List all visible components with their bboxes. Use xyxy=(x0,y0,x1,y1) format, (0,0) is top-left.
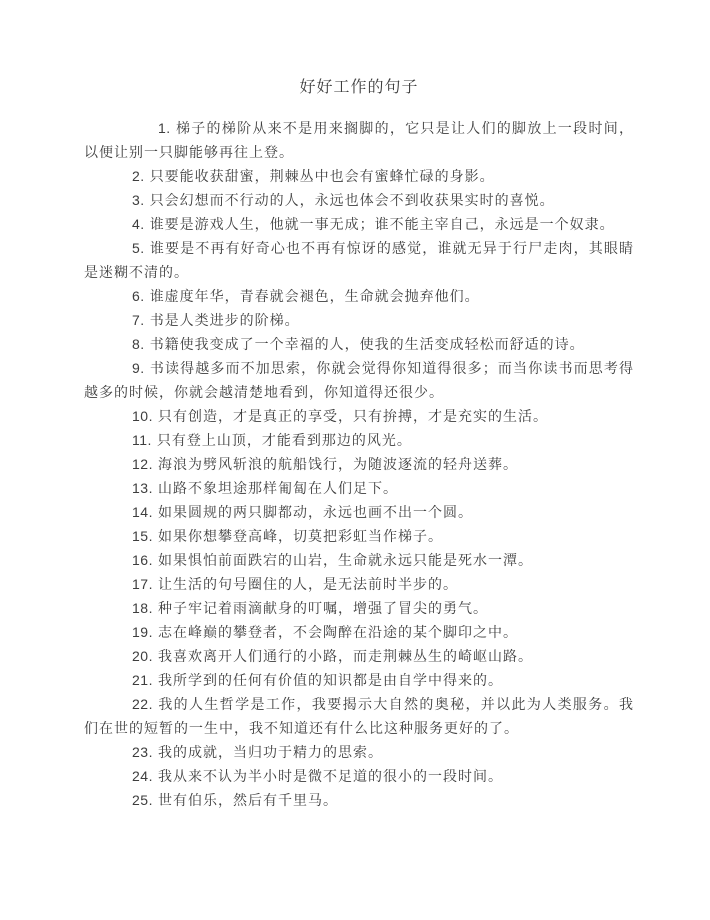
sentence-text: 山路不象坦途那样匍匐在人们足下。 xyxy=(158,480,398,496)
sentence-text: 谁虚度年华，青春就会褪色，生命就会抛弃他们。 xyxy=(150,288,480,304)
sentence-text: 志在峰巅的攀登者，不会陶醉在沿途的某个脚印之中。 xyxy=(158,624,518,640)
sentence-item: 9.书读得越多而不加思索，你就会觉得你知道得很多；而当你读书而思考得越多的时候，… xyxy=(84,356,634,404)
sentence-number: 5. xyxy=(132,240,145,256)
sentence-item: 5.谁要是不再有好奇心也不再有惊讶的感觉，谁就无异于行尸走肉，其眼睛是迷糊不清的… xyxy=(84,236,634,284)
sentence-text: 只有创造，才是真正的享受，只有拚搏，才是充实的生活。 xyxy=(158,408,548,424)
sentence-number: 12. xyxy=(132,456,153,472)
sentence-item: 15.如果你想攀登高峰，切莫把彩虹当作梯子。 xyxy=(84,524,634,548)
sentence-item: 23.我的成就，当归功于精力的思索。 xyxy=(84,740,634,764)
sentence-text: 我从来不认为半小时是微不足道的很小的一段时间。 xyxy=(158,768,503,784)
sentence-item: 22.我的人生哲学是工作，我要揭示大自然的奥秘，并以此为人类服务。我们在世的短暂… xyxy=(84,692,634,740)
sentence-item: 16.如果惧怕前面跌宕的山岩，生命就永远只能是死水一潭。 xyxy=(84,548,634,572)
sentence-number: 22. xyxy=(132,696,153,712)
sentence-number: 9. xyxy=(132,360,145,376)
sentence-number: 1. xyxy=(158,120,171,136)
sentence-item: 25.世有伯乐，然后有千里马。 xyxy=(84,788,634,812)
sentence-item: 7.书是人类进步的阶梯。 xyxy=(84,308,634,332)
document-content: 好好工作的句子 1.梯子的梯阶从来不是用来搁脚的，它只是让人们的脚放上一段时间，… xyxy=(0,0,710,812)
sentence-number: 17. xyxy=(132,576,153,592)
sentence-number: 13. xyxy=(132,480,153,496)
sentence-text: 如果你想攀登高峰，切莫把彩虹当作梯子。 xyxy=(158,528,443,544)
sentence-item: 3.只会幻想而不行动的人，永远也体会不到收获果实时的喜悦。 xyxy=(84,188,634,212)
sentence-list: 1.梯子的梯阶从来不是用来搁脚的，它只是让人们的脚放上一段时间，以便让别一只脚能… xyxy=(84,116,634,812)
sentence-item: 21.我所学到的任何有价值的知识都是由自学中得来的。 xyxy=(84,668,634,692)
sentence-item: 20.我喜欢离开人们通行的小路，而走荆棘丛生的崎岖山路。 xyxy=(84,644,634,668)
sentence-number: 6. xyxy=(132,288,145,304)
sentence-number: 11. xyxy=(132,432,152,448)
sentence-text: 如果惧怕前面跌宕的山岩，生命就永远只能是死水一潭。 xyxy=(158,552,533,568)
sentence-number: 21. xyxy=(132,672,153,688)
sentence-number: 16. xyxy=(132,552,153,568)
sentence-text: 书读得越多而不加思索，你就会觉得你知道得很多；而当你读书而思考得越多的时候，你就… xyxy=(84,360,634,400)
sentence-number: 25. xyxy=(132,792,153,808)
sentence-number: 3. xyxy=(132,192,145,208)
sentence-number: 19. xyxy=(132,624,153,640)
sentence-item: 6.谁虚度年华，青春就会褪色，生命就会抛弃他们。 xyxy=(84,284,634,308)
sentence-number: 14. xyxy=(132,504,153,520)
sentence-number: 24. xyxy=(132,768,153,784)
sentence-item: 13.山路不象坦途那样匍匐在人们足下。 xyxy=(84,476,634,500)
sentence-item: 17.让生活的句号圈住的人，是无法前时半步的。 xyxy=(84,572,634,596)
sentence-number: 18. xyxy=(132,600,153,616)
sentence-text: 谁要是游戏人生，他就一事无成；谁不能主宰自己，永远是一个奴隶。 xyxy=(150,216,615,232)
sentence-text: 我所学到的任何有价值的知识都是由自学中得来的。 xyxy=(158,672,503,688)
document-title: 好好工作的句子 xyxy=(84,76,634,100)
sentence-item: 1.梯子的梯阶从来不是用来搁脚的，它只是让人们的脚放上一段时间，以便让别一只脚能… xyxy=(84,116,634,164)
sentence-item: 18.种子牢记着雨滴献身的叮嘱，增强了冒尖的勇气。 xyxy=(84,596,634,620)
sentence-item: 10.只有创造，才是真正的享受，只有拚搏，才是充实的生活。 xyxy=(84,404,634,428)
sentence-item: 11.只有登上山顶，才能看到那边的风光。 xyxy=(84,428,634,452)
sentence-text: 我的人生哲学是工作，我要揭示大自然的奥秘，并以此为人类服务。我们在世的短暂的一生… xyxy=(84,696,634,736)
sentence-item: 24.我从来不认为半小时是微不足道的很小的一段时间。 xyxy=(84,764,634,788)
sentence-text: 书籍使我变成了一个幸福的人，使我的生活变成轻松而舒适的诗。 xyxy=(150,336,585,352)
sentence-text: 如果圆规的两只脚都动，永远也画不出一个圆。 xyxy=(158,504,473,520)
sentence-text: 谁要是不再有好奇心也不再有惊讶的感觉，谁就无异于行尸走肉，其眼睛是迷糊不清的。 xyxy=(84,240,634,280)
document-page: 好好工作的句子 1.梯子的梯阶从来不是用来搁脚的，它只是让人们的脚放上一段时间，… xyxy=(0,0,710,920)
sentence-number: 20. xyxy=(132,648,153,664)
sentence-number: 15. xyxy=(132,528,153,544)
sentence-text: 只有登上山顶，才能看到那边的风光。 xyxy=(157,432,412,448)
sentence-number: 8. xyxy=(132,336,145,352)
sentence-text: 书是人类进步的阶梯。 xyxy=(150,312,300,328)
sentence-text: 只会幻想而不行动的人，永远也体会不到收获果实时的喜悦。 xyxy=(150,192,555,208)
sentence-number: 2. xyxy=(132,168,145,184)
sentence-text: 种子牢记着雨滴献身的叮嘱，增强了冒尖的勇气。 xyxy=(158,600,488,616)
sentence-item: 4.谁要是游戏人生，他就一事无成；谁不能主宰自己，永远是一个奴隶。 xyxy=(84,212,634,236)
sentence-number: 23. xyxy=(132,744,153,760)
sentence-item: 12.海浪为劈风斩浪的航船饯行，为随波逐流的轻舟送葬。 xyxy=(84,452,634,476)
sentence-item: 8.书籍使我变成了一个幸福的人，使我的生活变成轻松而舒适的诗。 xyxy=(84,332,634,356)
sentence-text: 只要能收获甜蜜，荆棘丛中也会有蜜蜂忙碌的身影。 xyxy=(150,168,495,184)
sentence-text: 世有伯乐，然后有千里马。 xyxy=(158,792,338,808)
sentence-item: 19.志在峰巅的攀登者，不会陶醉在沿途的某个脚印之中。 xyxy=(84,620,634,644)
sentence-number: 7. xyxy=(132,312,145,328)
sentence-text: 海浪为劈风斩浪的航船饯行，为随波逐流的轻舟送葬。 xyxy=(158,456,518,472)
sentence-text: 让生活的句号圈住的人，是无法前时半步的。 xyxy=(158,576,458,592)
sentence-text: 我喜欢离开人们通行的小路，而走荆棘丛生的崎岖山路。 xyxy=(158,648,533,664)
sentence-item: 14.如果圆规的两只脚都动，永远也画不出一个圆。 xyxy=(84,500,634,524)
sentence-number: 4. xyxy=(132,216,145,232)
sentence-text: 我的成就，当归功于精力的思索。 xyxy=(158,744,383,760)
sentence-number: 10. xyxy=(132,408,153,424)
sentence-item: 2.只要能收获甜蜜，荆棘丛中也会有蜜蜂忙碌的身影。 xyxy=(84,164,634,188)
